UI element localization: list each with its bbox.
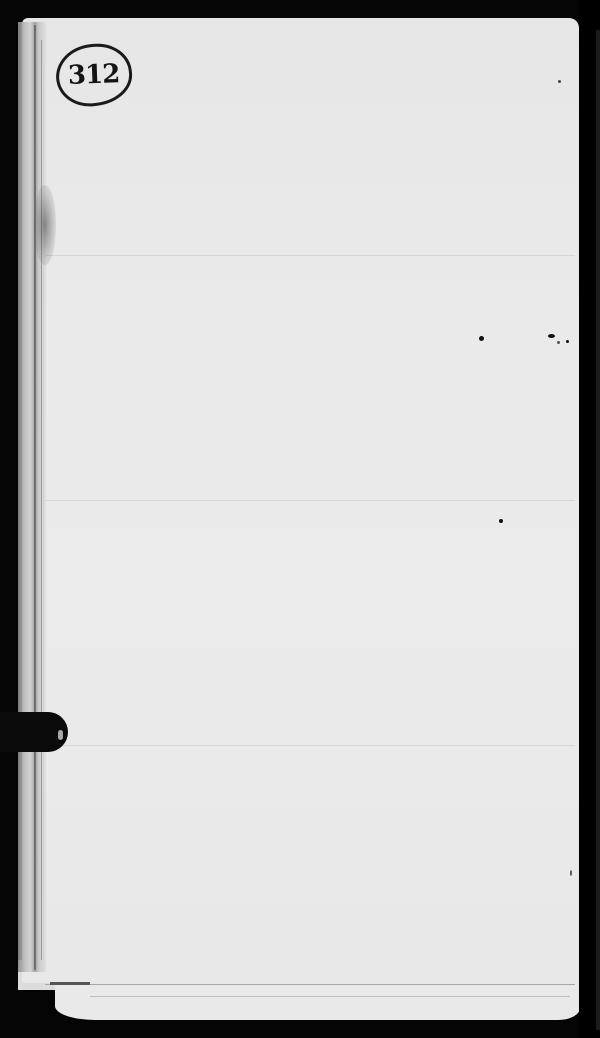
binding-line	[34, 25, 36, 970]
crease-line	[45, 745, 575, 746]
crease-line	[45, 255, 575, 256]
binder-clip-highlight	[58, 730, 63, 740]
speck	[566, 340, 569, 343]
speck	[548, 334, 555, 338]
speck	[499, 519, 503, 523]
ink-smudge	[34, 185, 56, 265]
binding-line	[41, 40, 42, 960]
bottom-fold-line	[45, 984, 575, 985]
speck	[558, 80, 561, 83]
crease-line	[45, 500, 575, 501]
bottom-fold-line	[90, 996, 570, 997]
folio-number: 312	[68, 59, 120, 91]
scan-edge	[596, 30, 600, 1030]
speck	[557, 341, 560, 344]
speck	[479, 336, 484, 341]
speck	[570, 870, 572, 876]
bottom-fold-tab	[50, 982, 90, 985]
scanned-document: 312	[0, 0, 600, 1038]
